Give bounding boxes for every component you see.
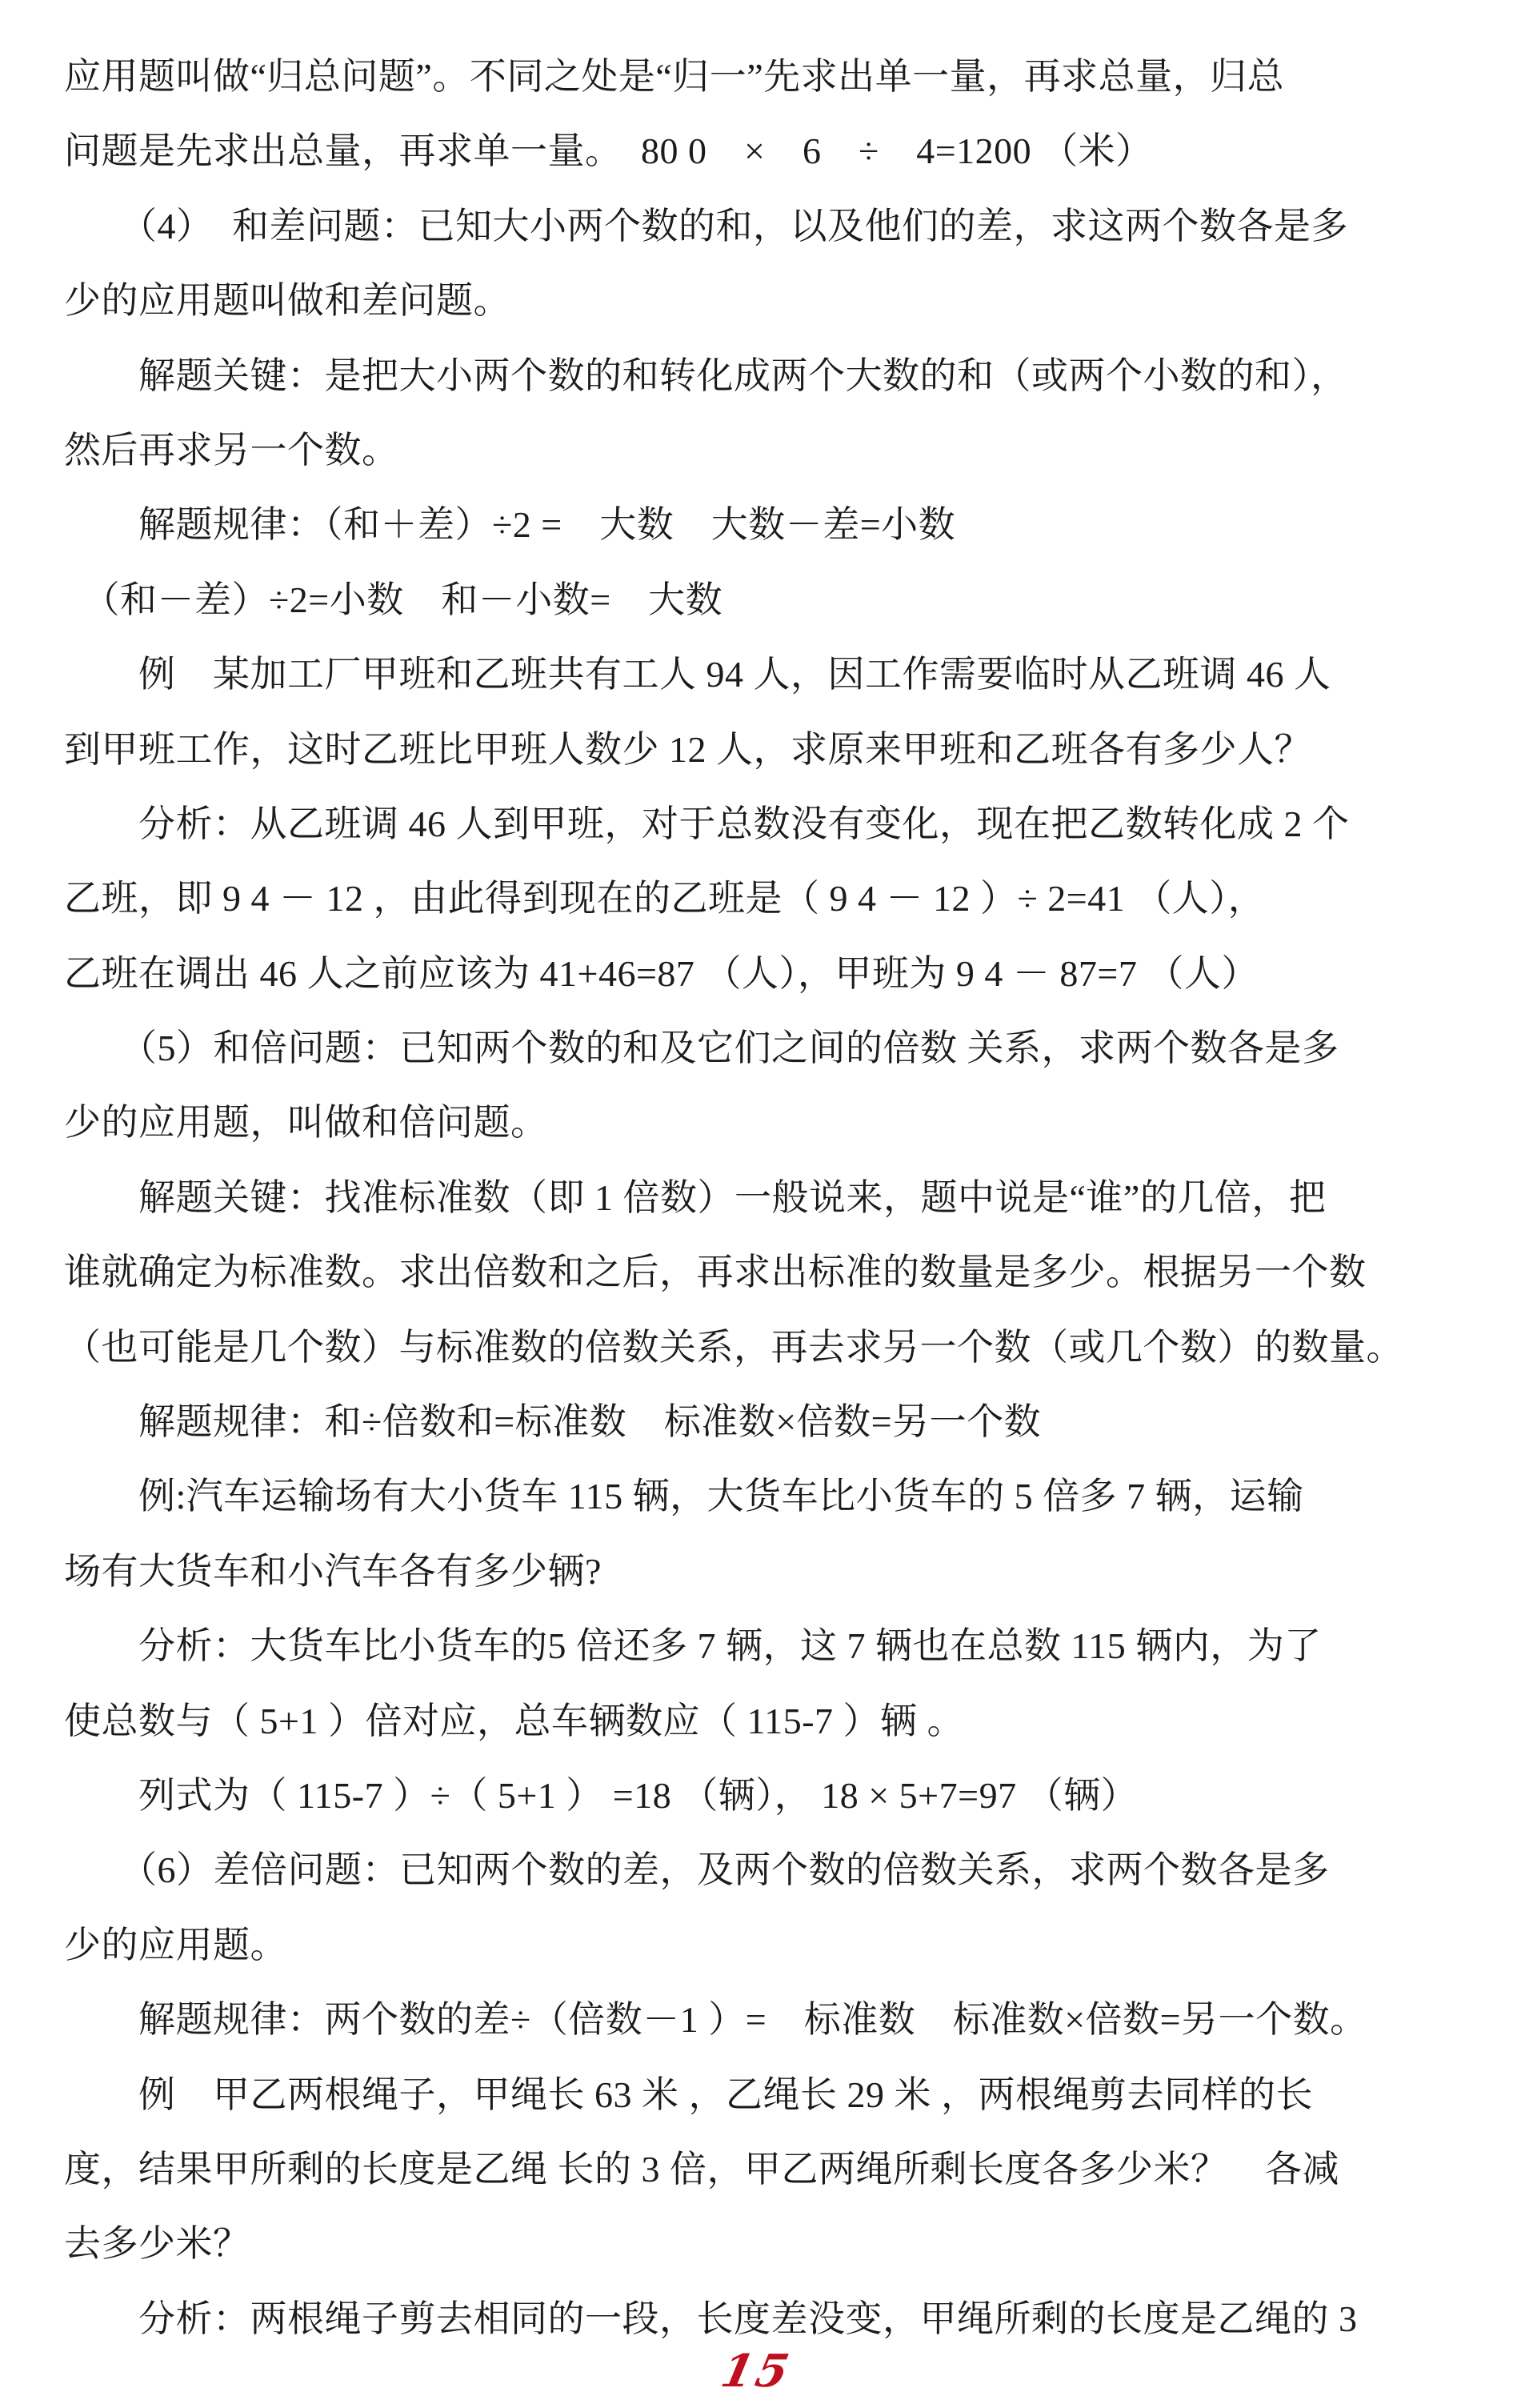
text-line: （5）和倍问题：已知两个数的和及它们之间的倍数 关系，求两个数各是多 bbox=[64, 1011, 1456, 1085]
text-line: （4） 和差问题：已知大小两个数的和，以及他们的差，求这两个数各是多 bbox=[64, 189, 1456, 263]
text-line: 谁就确定为标准数。求出倍数和之后，再求出标准的数量是多少。根据另一个数 bbox=[64, 1235, 1456, 1309]
text-line: 然后再求另一个数。 bbox=[64, 413, 1456, 487]
text-line: （也可能是几个数）与标准数的倍数关系，再去求另一个数（或几个数）的数量。 bbox=[64, 1310, 1456, 1384]
text-line: 应用题叫做“归总问题”。不同之处是“归一”先求出单一量，再求总量，归总 bbox=[64, 39, 1456, 114]
text-line: 解题规律：（和＋差）÷2 = 大数 大数－差=小数 bbox=[64, 487, 1456, 562]
text-line: 分析：从乙班调 46 人到甲班，对于总数没有变化，现在把乙数转化成 2 个 bbox=[64, 787, 1456, 861]
text-line: 少的应用题，叫做和倍问题。 bbox=[64, 1085, 1456, 1160]
text-line: 例 某加工厂甲班和乙班共有工人 94 人，因工作需要临时从乙班调 46 人 bbox=[64, 637, 1456, 711]
text-line: 例 甲乙两根绳子，甲绳长 63 米 ，乙绳长 29 米 ，两根绳剪去同样的长 bbox=[64, 2057, 1456, 2132]
text-line: 例:汽车运输场有大小货车 115 辆，大货车比小货车的 5 倍多 7 辆，运输 bbox=[64, 1459, 1456, 1533]
text-line: 到甲班工作，这时乙班比甲班人数少 12 人，求原来甲班和乙班各有多少人？ bbox=[64, 712, 1456, 787]
text-line: 使总数与（ 5+1 ）倍对应，总车辆数应（ 115-7 ）辆 。 bbox=[64, 1684, 1456, 1758]
document-page: 应用题叫做“归总问题”。不同之处是“归一”先求出单一量，再求总量，归总问题是先求… bbox=[0, 0, 1513, 2408]
text-line: 解题规律：和÷倍数和=标准数 标准数×倍数=另一个数 bbox=[64, 1384, 1456, 1459]
text-line: 分析：大货车比小货车的5 倍还多 7 辆，这 7 辆也在总数 115 辆内，为了 bbox=[64, 1609, 1456, 1683]
text-line: 解题关键：是把大小两个数的和转化成两个大数的和（或两个小数的和）， bbox=[64, 339, 1456, 413]
text-line: 列式为（ 115-7 ）÷（ 5+1 ） =18 （辆）， 18 × 5+7=9… bbox=[64, 1758, 1456, 1833]
text-line: 解题规律：两个数的差÷（倍数－1 ）= 标准数 标准数×倍数=另一个数。 bbox=[64, 1982, 1456, 2057]
text-line: 度，结果甲所剩的长度是乙绳 长的 3 倍，甲乙两绳所剩长度各多少米？ 各减 bbox=[64, 2132, 1456, 2206]
text-line: 乙班，即 9 4 － 12 ，由此得到现在的乙班是（ 9 4 － 12 ）÷ 2… bbox=[64, 861, 1456, 936]
text-line: 少的应用题。 bbox=[64, 1908, 1456, 1982]
text-line: 乙班在调出 46 人之前应该为 41+46=87 （人），甲班为 9 4 － 8… bbox=[64, 936, 1456, 1011]
text-line: 去多少米？ bbox=[64, 2206, 1456, 2281]
text-line: 解题关键：找准标准数（即 1 倍数）一般说来，题中说是“谁”的几倍，把 bbox=[64, 1160, 1456, 1235]
text-line: 少的应用题叫做和差问题。 bbox=[64, 263, 1456, 338]
text-line: 场有大货车和小汽车各有多少辆? bbox=[64, 1534, 1456, 1609]
body-text: 应用题叫做“归总问题”。不同之处是“归一”先求出单一量，再求总量，归总问题是先求… bbox=[64, 39, 1456, 2356]
text-line: 问题是先求出总量，再求单一量。 80 0 × 6 ÷ 4=1200 （米） bbox=[64, 114, 1456, 188]
text-line: （和－差）÷2=小数 和－小数= 大数 bbox=[64, 563, 1456, 637]
text-line: （6）差倍问题：已知两个数的差，及两个数的倍数关系，求两个数各是多 bbox=[64, 1833, 1456, 1907]
page-number: 15 bbox=[0, 2345, 1513, 2398]
